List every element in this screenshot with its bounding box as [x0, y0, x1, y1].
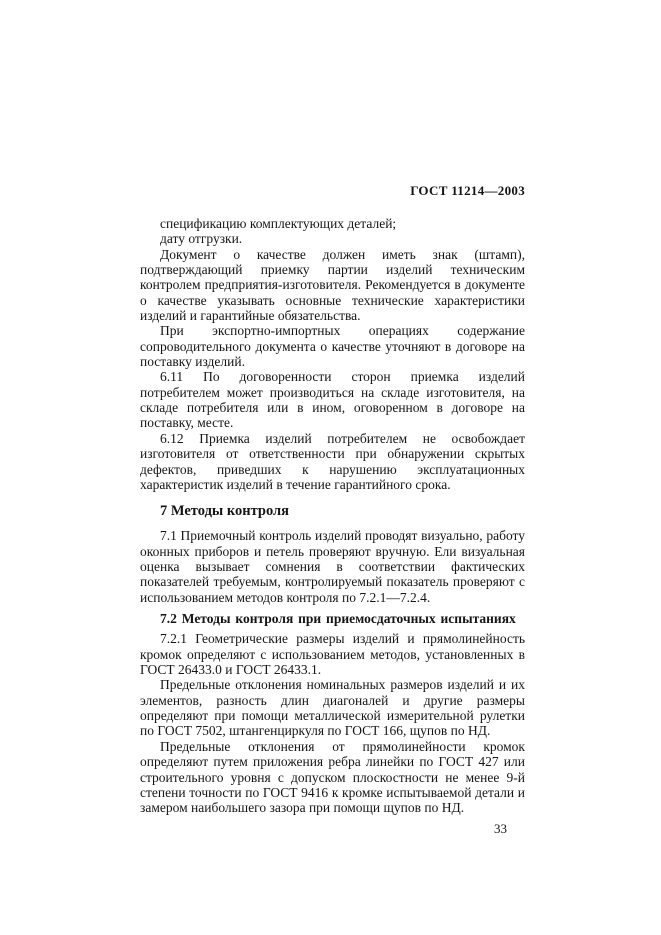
text-column: ГОСТ 11214—2003 спецификацию комплектующ…	[140, 183, 525, 837]
paragraph-7-1: 7.1 Приемочный контроль изделий проводят…	[140, 528, 525, 605]
body-text: спецификацию комплектующих деталей; дату…	[140, 216, 525, 837]
paragraph-deviations-straightness: Предельные отклонения от прямолинейности…	[140, 739, 525, 816]
section-7-heading: 7 Методы контроля	[140, 503, 525, 519]
paragraph-7-2-1: 7.2.1 Геометрические размеры изделий и п…	[140, 631, 525, 677]
section-7-2-heading: 7.2 Методы контроля при приемосдаточных …	[140, 611, 525, 627]
document-page: ГОСТ 11214—2003 спецификацию комплектующ…	[0, 0, 661, 935]
list-item-continuation: спецификацию комплектующих деталей;	[140, 216, 525, 231]
paragraph-export-import: При экспортно-импортных операциях содерж…	[140, 323, 525, 369]
standard-number: ГОСТ 11214—2003	[410, 183, 525, 198]
page-number: 33	[140, 821, 525, 837]
paragraph-quality-document: Документ о качестве должен иметь знак (ш…	[140, 247, 525, 324]
paragraph-deviations-nominal: Предельные отклонения номинальных размер…	[140, 677, 525, 738]
list-item-continuation: дату отгрузки.	[140, 231, 525, 246]
running-header: ГОСТ 11214—2003	[140, 183, 525, 199]
paragraph-6-12: 6.12 Приемка изделий потребителем не осв…	[140, 431, 525, 492]
paragraph-6-11: 6.11 По договоренности сторон приемка из…	[140, 369, 525, 430]
